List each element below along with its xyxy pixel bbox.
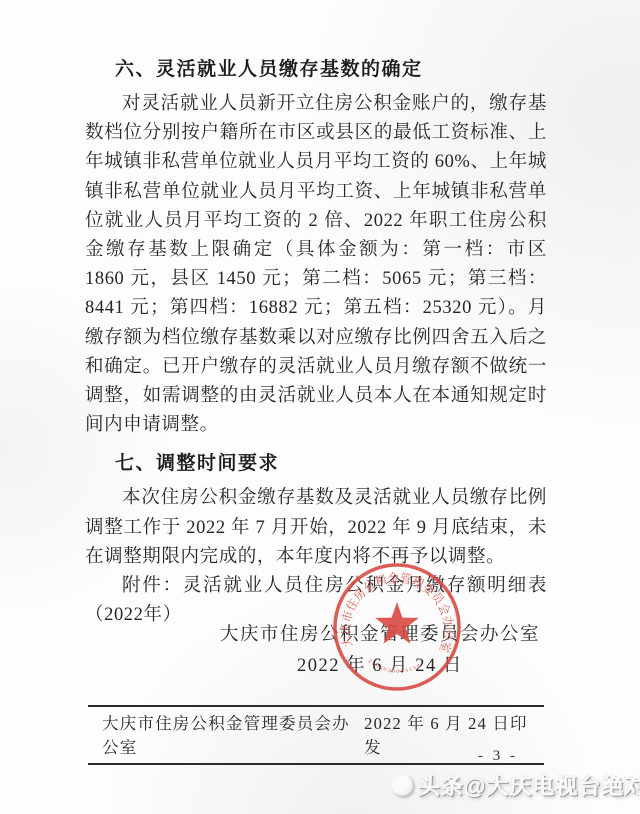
colophon-print-date: 2022 年 6 月 24 日印发 [364,710,532,758]
colophon-bar: 大庆市住房公积金管理委员会办公室 2022 年 6 月 24 日印发 [88,705,544,765]
section-heading-7: 七、调整时间要求 [85,448,547,475]
toutiao-logo-icon [392,775,414,797]
section-7-paragraph: 本次住房公积金缴存基数及灵活就业人员缴存比例调整工作于 2022 年 7 月开始… [85,484,547,572]
signature-block: 大庆市住房公积金管理委员会办公室 2022 年 6 月 24 日 [220,620,540,682]
document-body: 六、灵活就业人员缴存基数的确定 对灵活就业人员新开立住房公积金账户的，缴存基数档… [85,54,547,630]
watermark-text: 头条@大庆电视台绝对现场 [418,770,640,801]
colophon-issuer: 大庆市住房公积金管理委员会办公室 [102,710,364,758]
signature-date: 2022 年 6 月 24 日 [220,651,540,682]
watermark: 头条@大庆电视台绝对现场 [392,770,640,801]
section-heading-6: 六、灵活就业人员缴存基数的确定 [85,54,547,81]
signature-organization: 大庆市住房公积金管理委员会办公室 [220,620,540,651]
document-page: 六、灵活就业人员缴存基数的确定 对灵活就业人员新开立住房公积金账户的，缴存基数档… [0,0,640,814]
section-6-paragraph: 对灵活就业人员新开立住房公积金账户的，缴存基数档位分别按户籍所在市区或县区的最低… [85,90,547,440]
